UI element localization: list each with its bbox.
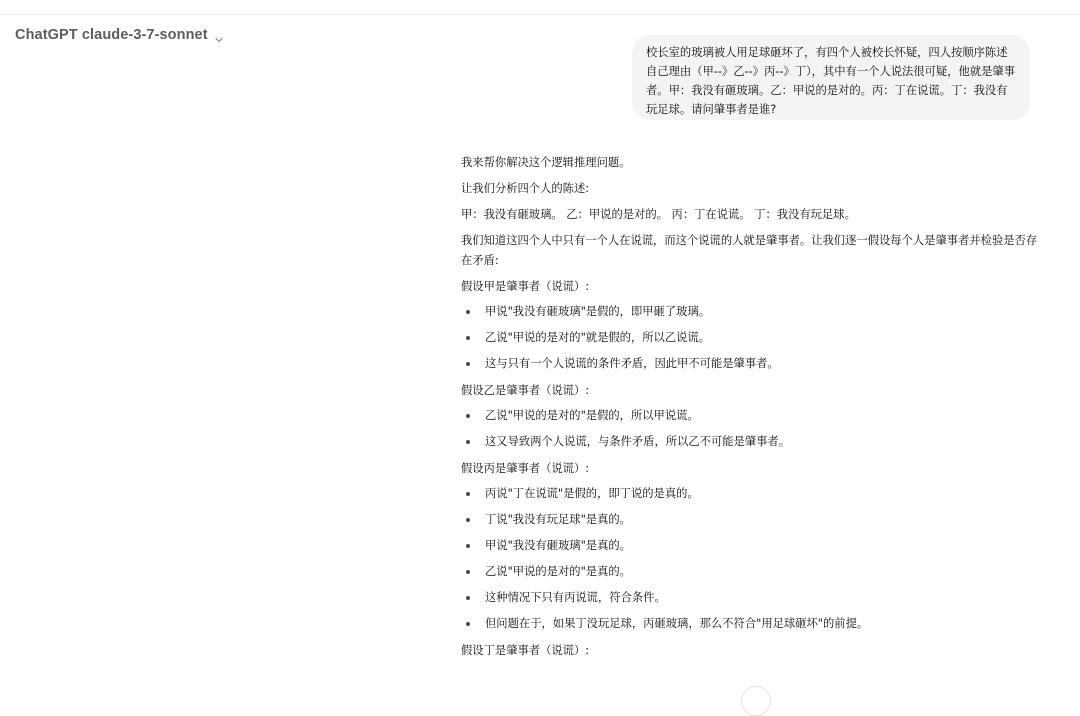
analysis-heading: 让我们分析四个人的陈述: [461, 179, 1041, 199]
premise-paragraph: 我们知道这四个人中只有一个人在说谎，而这个说谎的人就是肇事者。让我们逐一假设每个… [461, 231, 1041, 271]
list-item-text: 但问题在于，如果丁没玩足球，丙砸玻璃，那么不符合"用足球砸坏"的前提。 [485, 617, 868, 630]
case-heading: 假设丙是肇事者（说谎）: [461, 459, 1041, 479]
list-item: 乙说"甲说的是对的"就是假的，所以乙说谎。 [461, 328, 1041, 348]
user-message-text: 校长室的玻璃被人用足球砸坏了，有四个人被校长怀疑，四人按顺序陈述自己理由（甲--… [646, 46, 1015, 116]
bullet-icon [466, 518, 470, 522]
chevron-down-icon [214, 30, 224, 40]
list-item: 这种情况下只有丙说谎，符合条件。 [461, 588, 1041, 608]
list-item: 这又导致两个人说谎，与条件矛盾，所以乙不可能是肇事者。 [461, 432, 1041, 452]
list-item-text: 这种情况下只有丙说谎，符合条件。 [485, 591, 666, 604]
list-item: 乙说"甲说的是对的"是真的。 [461, 562, 1041, 582]
list-item-text: 乙说"甲说的是对的"就是假的，所以乙说谎。 [485, 331, 710, 344]
bullet-icon [466, 492, 470, 496]
list-item: 这与只有一个人说谎的条件矛盾，因此甲不可能是肇事者。 [461, 354, 1041, 374]
bullet-icon [466, 596, 470, 600]
bullet-icon [466, 570, 470, 574]
list-item-text: 乙说"甲说的是对的"是假的，所以甲说谎。 [485, 409, 699, 422]
user-message-bubble: 校长室的玻璃被人用足球砸坏了，有四个人被校长怀疑，四人按顺序陈述自己理由（甲--… [632, 35, 1030, 120]
model-selector[interactable]: ChatGPT claude-3-7-sonnet [15, 27, 224, 43]
assistant-intro: 我来帮你解决这个逻辑推理问题。 [461, 153, 1041, 173]
list-item: 乙说"甲说的是对的"是假的，所以甲说谎。 [461, 406, 1041, 426]
list-item-text: 这与只有一个人说谎的条件矛盾，因此甲不可能是肇事者。 [485, 357, 779, 370]
case-heading: 假设甲是肇事者（说谎）: [461, 277, 1041, 297]
list-item-text: 丁说"我没有玩足球"是真的。 [485, 513, 631, 526]
bullet-icon [466, 310, 470, 314]
list-item-text: 甲说"我没有砸玻璃"是假的，即甲砸了玻璃。 [485, 305, 710, 318]
bullet-icon [466, 622, 470, 626]
case-heading: 假设乙是肇事者（说谎）: [461, 381, 1041, 401]
list-item: 丁说"我没有玩足球"是真的。 [461, 510, 1041, 530]
case-heading: 假设丁是肇事者（说谎）: [461, 641, 1041, 661]
statements-summary: 甲：我没有砸玻璃。 乙：甲说的是对的。 丙：丁在说谎。 丁：我没有玩足球。 [461, 205, 1041, 225]
list-item-text: 这又导致两个人说谎，与条件矛盾，所以乙不可能是肇事者。 [485, 435, 790, 448]
model-name: ChatGPT claude-3-7-sonnet [15, 27, 208, 43]
case-list: 乙说"甲说的是对的"是假的，所以甲说谎。 这又导致两个人说谎，与条件矛盾，所以乙… [461, 406, 1041, 452]
bullet-icon [466, 414, 470, 418]
bullet-icon [466, 440, 470, 444]
list-item-text: 甲说"我没有砸玻璃"是真的。 [485, 539, 631, 552]
list-item: 甲说"我没有砸玻璃"是真的。 [461, 536, 1041, 556]
case-list: 甲说"我没有砸玻璃"是假的，即甲砸了玻璃。 乙说"甲说的是对的"就是假的，所以乙… [461, 302, 1041, 374]
scroll-to-bottom-button[interactable] [741, 686, 771, 691]
bullet-icon [466, 336, 470, 340]
assistant-message: 我来帮你解决这个逻辑推理问题。 让我们分析四个人的陈述: 甲：我没有砸玻璃。 乙… [461, 153, 1041, 666]
list-item: 丙说"丁在说谎"是假的，即丁说的是真的。 [461, 484, 1041, 504]
header-divider [0, 14, 1080, 15]
list-item: 甲说"我没有砸玻璃"是假的，即甲砸了玻璃。 [461, 302, 1041, 322]
list-item-text: 乙说"甲说的是对的"是真的。 [485, 565, 631, 578]
case-list: 丙说"丁在说谎"是假的，即丁说的是真的。 丁说"我没有玩足球"是真的。 甲说"我… [461, 484, 1041, 634]
bullet-icon [466, 362, 470, 366]
list-item-text: 丙说"丁在说谎"是假的，即丁说的是真的。 [485, 487, 699, 500]
bullet-icon [466, 544, 470, 548]
list-item: 但问题在于，如果丁没玩足球，丙砸玻璃，那么不符合"用足球砸坏"的前提。 [461, 614, 1041, 634]
